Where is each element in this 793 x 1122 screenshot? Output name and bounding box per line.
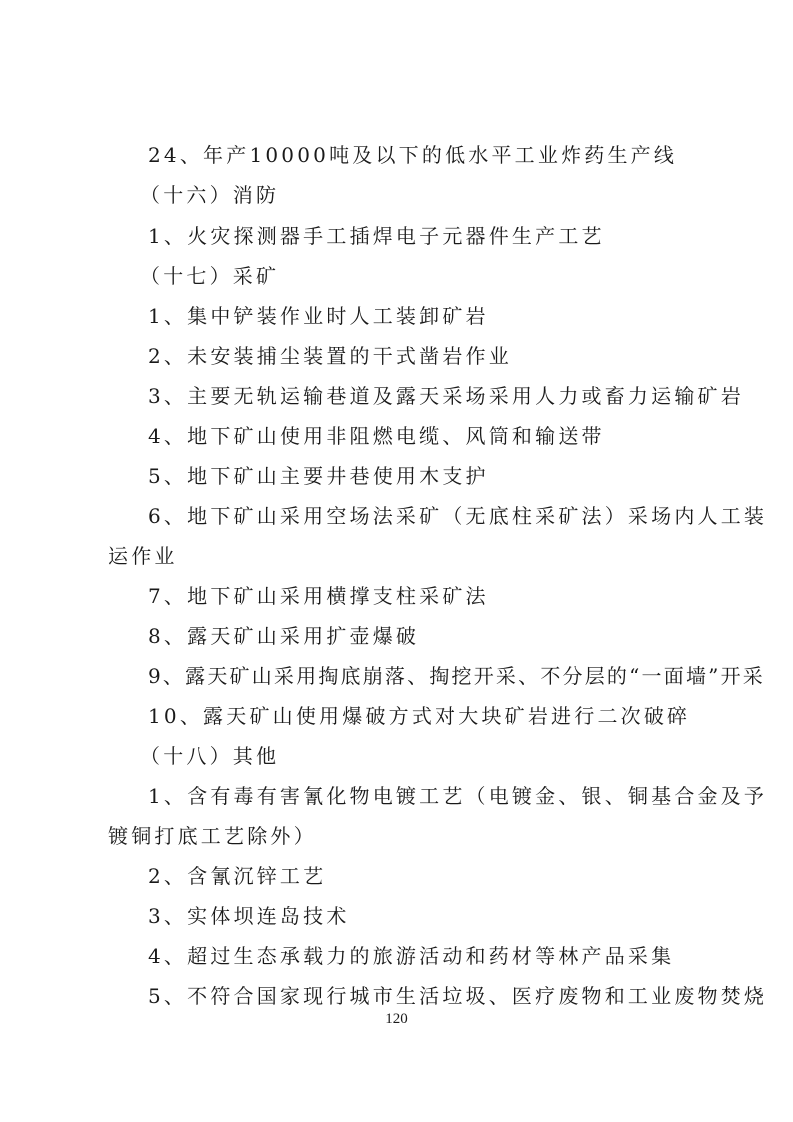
list-item: 4、超过生态承载力的旅游活动和药材等林产品采集 [148,942,674,970]
list-item: 7、地下矿山采用横撑支柱采矿法 [148,582,489,610]
list-item: 1、火灾探测器手工插焊电子元器件生产工艺 [148,222,605,250]
list-item: 9、露天矿山采用掏底崩落、掏挖开采、不分层的“一面墙”开采 [148,662,765,690]
section-heading: （十六）消防 [140,181,279,209]
list-item: 3、主要无轨运输巷道及露天采场采用人力或畜力运输矿岩 [148,382,744,410]
list-item: 3、实体坝连岛技术 [148,902,350,930]
list-item: 2、未安装捕尘装置的干式凿岩作业 [148,342,512,370]
list-item: 24、年产10000吨及以下的低水平工业炸药生产线 [148,141,677,169]
list-item: 2、含氰沉锌工艺 [148,862,326,890]
section-heading: （十七）采矿 [140,262,279,290]
list-item: 10、露天矿山使用爆破方式对大块矿岩进行二次破碎 [148,702,690,730]
list-item-continuation: 运作业 [108,542,178,570]
list-item: 5、地下矿山主要井巷使用木支护 [148,462,489,490]
list-item: 4、地下矿山使用非阻燃电缆、风筒和输送带 [148,422,605,450]
list-item: 5、不符合国家现行城市生活垃圾、医疗废物和工业废物焚烧 [148,982,767,1010]
list-item: 1、含有毒有害氰化物电镀工艺（电镀金、银、铜基合金及予 [148,782,767,810]
list-item: 1、集中铲装作业时人工装卸矿岩 [148,302,489,330]
page-number: 120 [0,1011,793,1028]
list-item-continuation: 镀铜打底工艺除外） [108,822,317,850]
section-heading: （十八）其他 [140,742,279,770]
list-item: 6、地下矿山采用空场法采矿（无底柱采矿法）采场内人工装 [148,502,767,530]
list-item: 8、露天矿山采用扩壶爆破 [148,622,419,650]
